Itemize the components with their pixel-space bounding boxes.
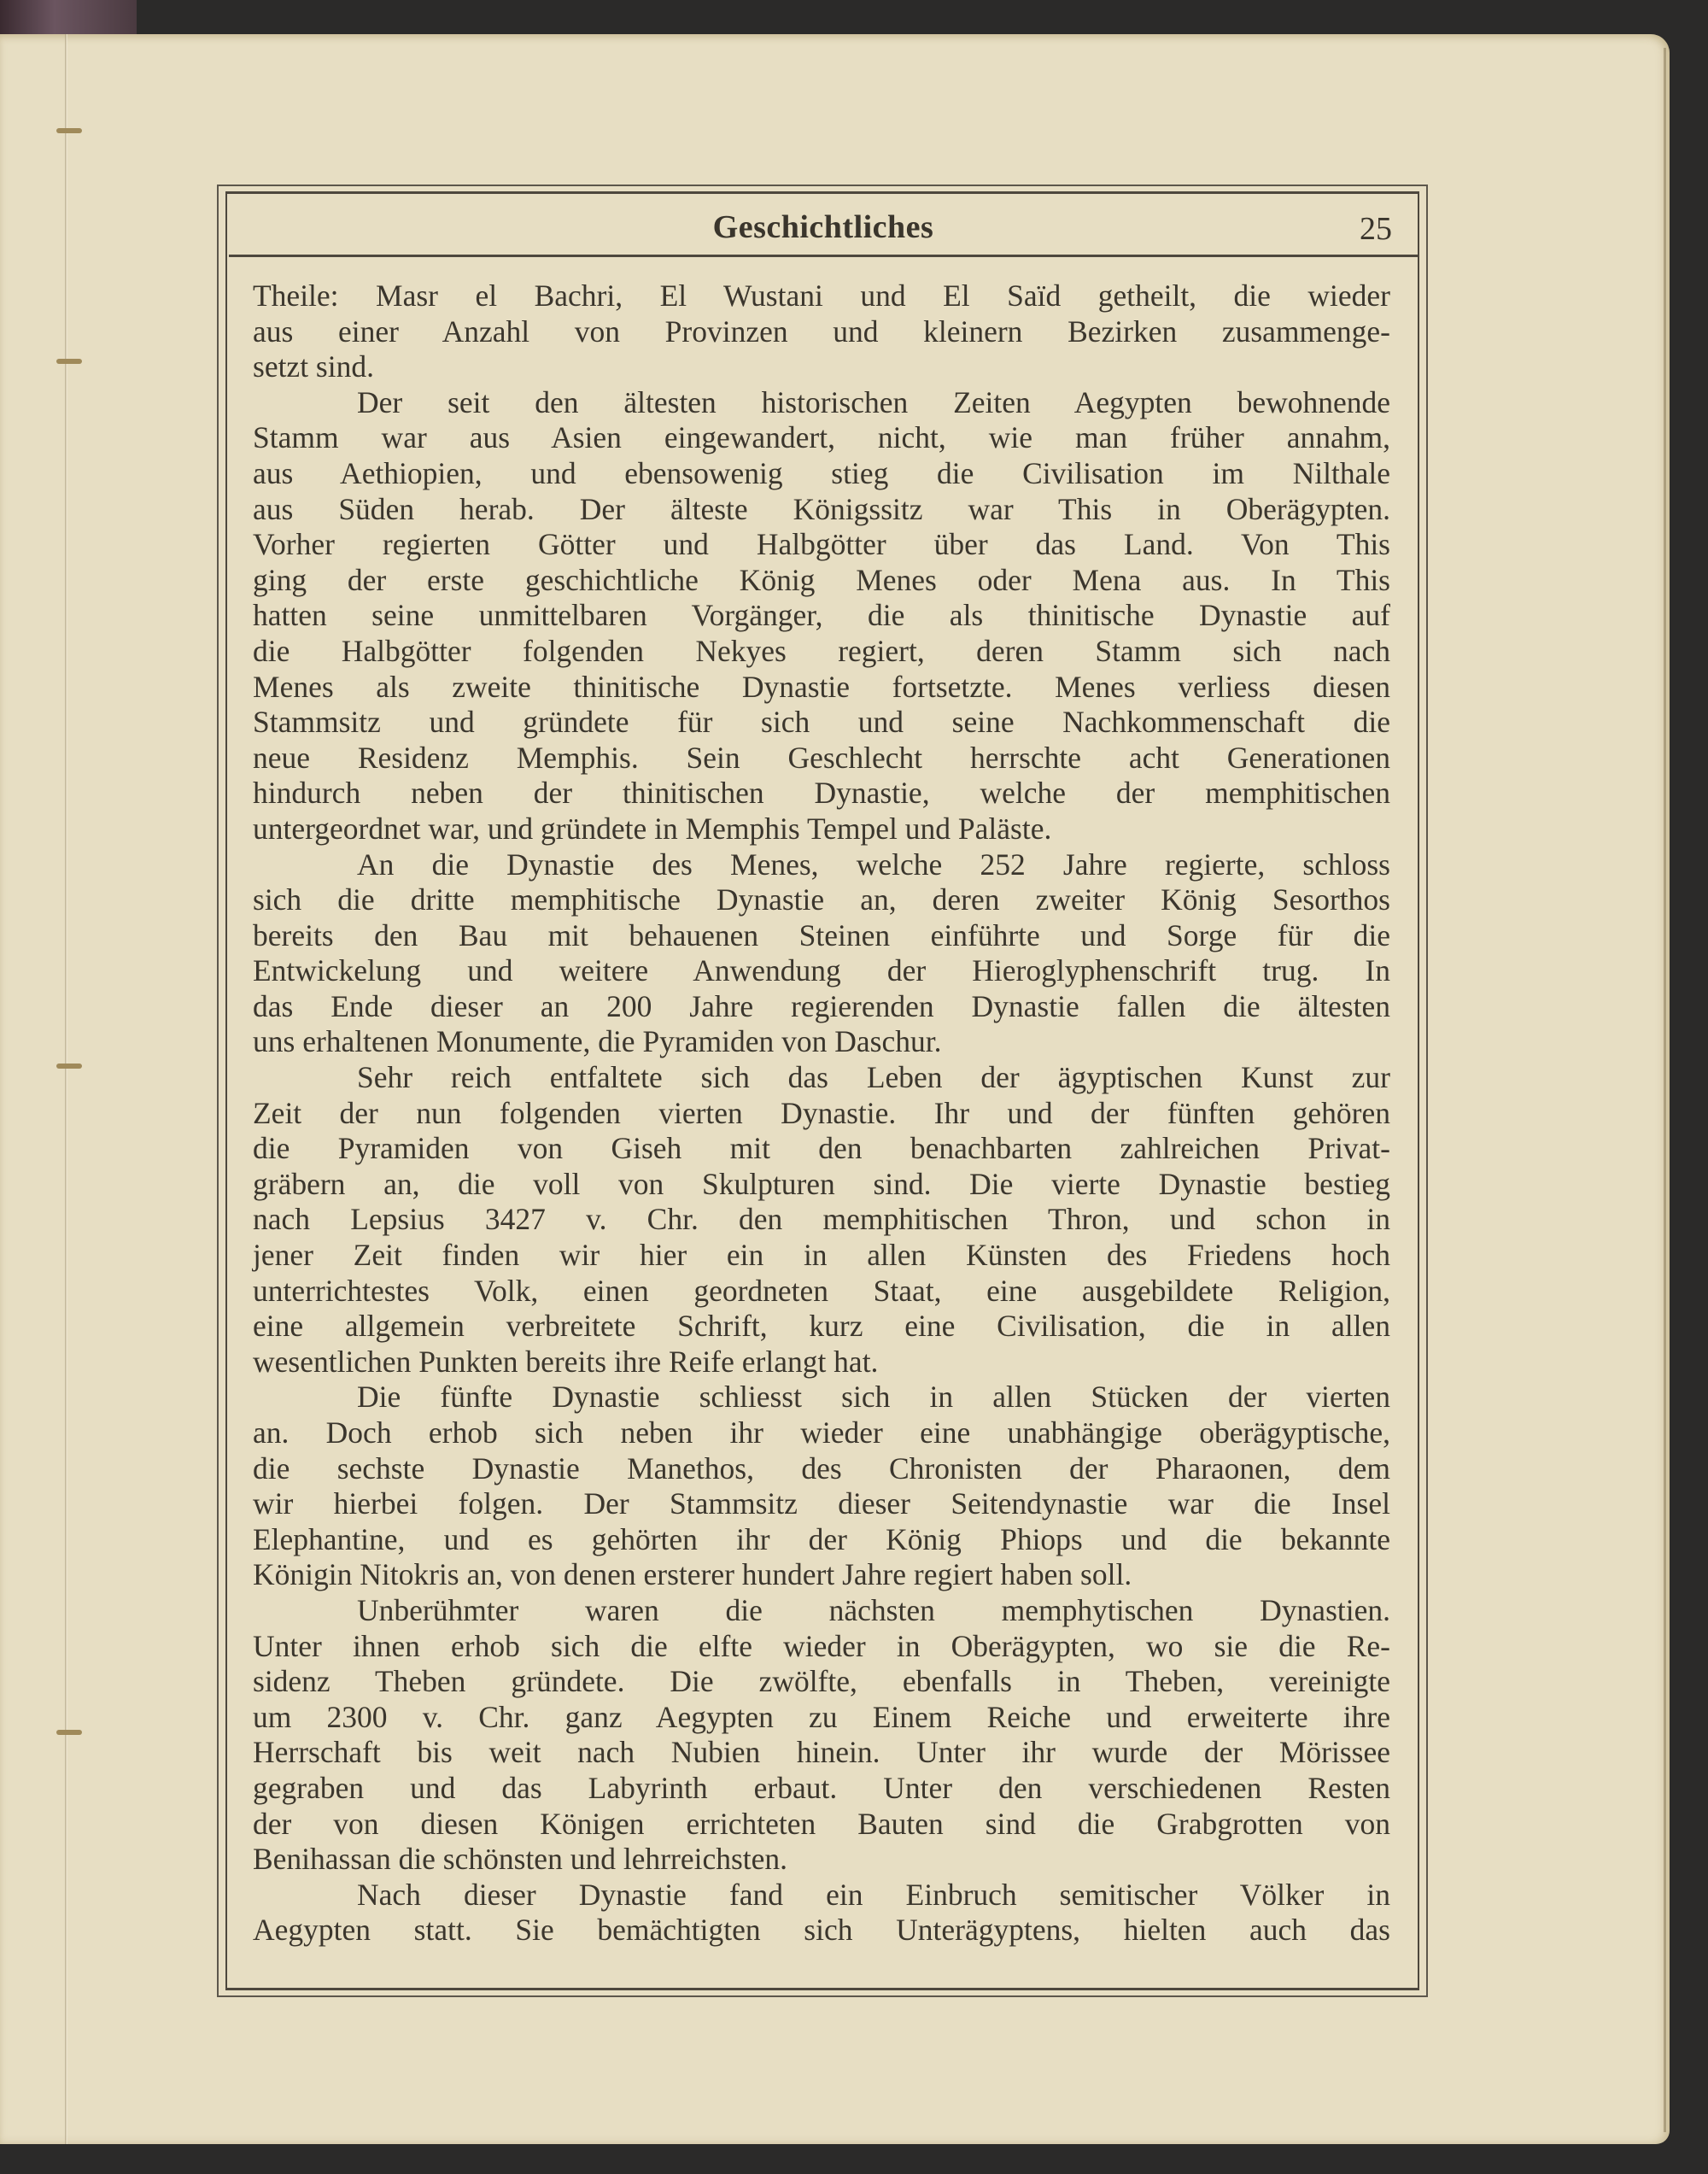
text-line: Sehr reich entfaltete sich das Leben der… xyxy=(253,1060,1390,1096)
text-line: wir hierbei folgen. Der Stammsitz dieser… xyxy=(253,1486,1390,1522)
text-line: hatten seine unmittelbaren Vorgänger, di… xyxy=(253,598,1390,634)
text-line: untergeordnet war, und gründete in Memph… xyxy=(253,812,1390,847)
text-line: setzt sind. xyxy=(253,349,1390,385)
text-line: Zeit der nun folgenden vierten Dynastie.… xyxy=(253,1096,1390,1132)
text-line: sich die dritte memphitische Dynastie an… xyxy=(253,882,1390,918)
text-line: ging der erste geschichtliche König Mene… xyxy=(253,563,1390,599)
paragraph: Theile: Masr el Bachri, El Wustani und E… xyxy=(253,278,1390,385)
paragraph: An die Dynastie des Menes, welche 252 Ja… xyxy=(253,847,1390,1061)
text-line: Unter ihnen erhob sich die elfte wieder … xyxy=(253,1629,1390,1665)
text-line: Stamm war aus Asien eingewandert, nicht,… xyxy=(253,420,1390,456)
text-line: sidenz Theben gründete. Die zwölfte, ebe… xyxy=(253,1664,1390,1700)
text-line: wesentlichen Punkten bereits ihre Reife … xyxy=(253,1345,1390,1380)
text-line: Aegypten statt. Sie bemächtigten sich Un… xyxy=(253,1913,1390,1948)
paragraph: Sehr reich entfaltete sich das Leben der… xyxy=(253,1060,1390,1380)
paragraph: Unberühmter waren die nächsten memphytis… xyxy=(253,1593,1390,1878)
text-line: uns erhaltenen Monumente, die Pyramiden … xyxy=(253,1024,1390,1060)
text-line: der von diesen Königen errichteten Baute… xyxy=(253,1807,1390,1843)
binding-stitch xyxy=(56,128,82,133)
paragraph: Nach dieser Dynastie fand ein Einbruch s… xyxy=(253,1878,1390,1948)
text-line: nach Lepsius 3427 v. Chr. den memphitisc… xyxy=(253,1202,1390,1238)
text-line: hindurch neben der thinitischen Dynastie… xyxy=(253,776,1390,812)
binding-stitch xyxy=(56,1730,82,1735)
text-line: das Ende dieser an 200 Jahre regierenden… xyxy=(253,989,1390,1025)
text-line: Elephantine, und es gehörten ihr der Kön… xyxy=(253,1522,1390,1558)
text-line: die sechste Dynastie Manethos, des Chron… xyxy=(253,1451,1390,1487)
text-line: aus Süden herab. Der älteste Königssitz … xyxy=(253,492,1390,528)
paragraph: Die fünfte Dynastie schliesst sich in al… xyxy=(253,1380,1390,1593)
text-line: an. Doch erhob sich neben ihr wieder ein… xyxy=(253,1415,1390,1451)
text-line: eine allgemein verbreitete Schrift, kurz… xyxy=(253,1309,1390,1345)
text-line: Stammsitz und gründete für sich und sein… xyxy=(253,705,1390,741)
text-line: Vorher regierten Götter und Halbgötter ü… xyxy=(253,527,1390,563)
text-line: gräbern an, die voll von Skulpturen sind… xyxy=(253,1167,1390,1203)
text-line: Menes als zweite thinitische Dynastie fo… xyxy=(253,670,1390,706)
text-line: jener Zeit finden wir hier ein in allen … xyxy=(253,1238,1390,1274)
text-line: Nach dieser Dynastie fand ein Einbruch s… xyxy=(253,1878,1390,1913)
text-line: bereits den Bau mit behauenen Steinen ei… xyxy=(253,918,1390,954)
text-line: die Halbgötter folgenden Nekyes regiert,… xyxy=(253,634,1390,670)
binding-stitch xyxy=(56,359,82,364)
binding-stitch xyxy=(56,1064,82,1069)
gutter-fold xyxy=(65,34,67,2144)
text-line: Unberühmter waren die nächsten memphytis… xyxy=(253,1593,1390,1629)
body-text: Theile: Masr el Bachri, El Wustani und E… xyxy=(253,278,1390,1948)
text-line: unterrichtestes Volk, einen geordneten S… xyxy=(253,1274,1390,1310)
page-edge xyxy=(1664,48,1666,2132)
text-line: Herrschaft bis weit nach Nubien hinein. … xyxy=(253,1735,1390,1771)
page-header: Geschichtliches 25 xyxy=(229,200,1418,257)
text-line: Entwickelung und weitere Anwendung der H… xyxy=(253,953,1390,989)
running-head: Geschichtliches xyxy=(229,208,1418,246)
text-line: An die Dynastie des Menes, welche 252 Ja… xyxy=(253,847,1390,883)
text-line: Der seit den ältesten historischen Zeite… xyxy=(253,385,1390,421)
page-number: 25 xyxy=(1360,210,1392,248)
text-line: gegraben und das Labyrinth erbaut. Unter… xyxy=(253,1771,1390,1807)
text-line: neue Residenz Memphis. Sein Geschlecht h… xyxy=(253,741,1390,776)
text-line: aus Aethiopien, und ebensowenig stieg di… xyxy=(253,456,1390,492)
text-line: die Pyramiden von Giseh mit den benachba… xyxy=(253,1131,1390,1167)
text-line: Königin Nitokris an, von denen ersterer … xyxy=(253,1557,1390,1593)
book-binding xyxy=(0,0,137,34)
text-line: Theile: Masr el Bachri, El Wustani und E… xyxy=(253,278,1390,314)
text-line: um 2300 v. Chr. ganz Aegypten zu Einem R… xyxy=(253,1700,1390,1736)
text-line: Benihassan die schönsten und lehrreichst… xyxy=(253,1842,1390,1878)
text-line: aus einer Anzahl von Provinzen und klein… xyxy=(253,314,1390,350)
text-line: Die fünfte Dynastie schliesst sich in al… xyxy=(253,1380,1390,1415)
paragraph: Der seit den ältesten historischen Zeite… xyxy=(253,385,1390,847)
